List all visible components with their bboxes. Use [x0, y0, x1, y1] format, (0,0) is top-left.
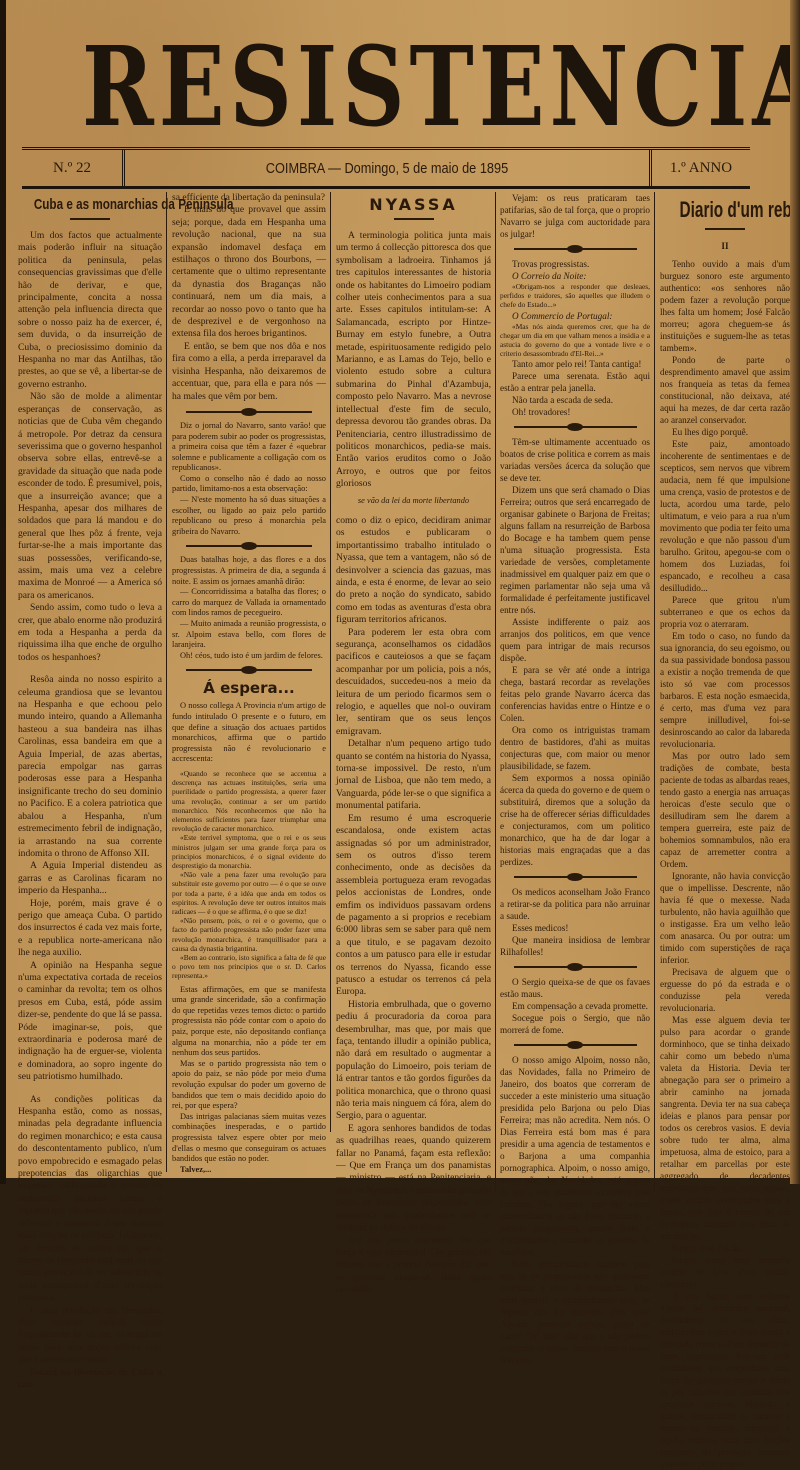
- column-rule: [654, 192, 655, 1184]
- paragraph: Estas affirmações, em que se manifesta u…: [172, 985, 326, 1059]
- page-fold-shadow: [790, 0, 800, 1184]
- dateline: COIMBRA — Domingo, 5 de maio de 1895: [164, 150, 609, 186]
- ornament-divider: [514, 1044, 637, 1046]
- paragraph: Os medicos aconselham João Franco a reti…: [500, 886, 650, 922]
- quote-paragraph: «Não vale a pena fazer uma revolução par…: [172, 870, 326, 916]
- paragraph: — N'este momento ha só duas situações a …: [172, 495, 326, 537]
- headline-diario: Diario d'um rebelde: [680, 196, 771, 224]
- column-cuba: Cuba e as monarchias da Peninsula Um dos…: [18, 192, 162, 1184]
- headline-rule: [70, 218, 110, 220]
- paragraph: Diz o jornal do Navarro, santo varão! qu…: [172, 421, 326, 474]
- paragraph: Em todo o caso, no fundo da sua ignoranc…: [660, 630, 790, 750]
- ornament-divider: [186, 411, 312, 413]
- paragraph: O Sergio queixa-se de que os favaes estã…: [500, 976, 650, 1000]
- paragraph: Esses medicos!: [500, 922, 650, 934]
- paragraph: Vejam: os reus praticaram taes patifaria…: [500, 192, 650, 240]
- newspaper-page: RESISTENCIA N.º 22 COIMBRA — Domingo, 5 …: [6, 0, 800, 1178]
- column-editorial: sa efficiente da libertação da peninsula…: [172, 192, 326, 1175]
- paragraph: Para poderem ler esta obra com segurança…: [336, 627, 491, 739]
- headline-rule: [394, 218, 434, 220]
- headline-espera: Á espera...: [172, 679, 326, 697]
- paragraph: Em compensação a cevada promette.: [500, 1000, 650, 1012]
- paragraph: Ignorante, não havia convicção que o imp…: [660, 870, 790, 966]
- column-rule: [166, 192, 167, 1172]
- ornament-divider: [514, 966, 637, 968]
- trovas-title: Trovas progressistas.: [500, 258, 650, 270]
- paragraph: Pondo de parte o desprendimento amavel q…: [660, 354, 790, 426]
- paragraph: E agora senhores bandidos de todas as qu…: [336, 1123, 491, 1184]
- paragraph: As condições politicas da Hespanha estão…: [18, 1094, 162, 1184]
- paragraph: Como o conselho não é dado ao nosso part…: [172, 474, 326, 495]
- paragraph: Dizem uns que será chamado o Dias Ferrei…: [500, 484, 650, 616]
- headline-cuba: Cuba e as monarchias da Peninsula: [34, 196, 146, 214]
- quote-paragraph: «Quando se reconhece que se accentua a d…: [172, 769, 326, 833]
- paragraph: — Concorridissima a batalha das flores; …: [172, 587, 326, 619]
- trovas-line: Parece uma serenata. Estão aqui estão a …: [500, 370, 650, 394]
- trovas-source: O Correio da Noite:: [500, 270, 650, 282]
- headline-rule: [705, 228, 745, 230]
- headline-nyassa: NYASSA: [336, 196, 491, 214]
- paragraph: Ora como os intriguistas tramam dentro d…: [500, 724, 650, 772]
- column-diario: Diario d'um rebelde II Tenho ouvido a ma…: [660, 192, 790, 1184]
- paragraph: Mas se o partido progressista não tem o …: [172, 1059, 326, 1112]
- paragraph: O nosso collega A Provincia n'um artigo …: [172, 701, 326, 765]
- verse-quote: se vão da lei da morte libertando: [336, 495, 491, 507]
- paragraph: Detalhar n'um pequeno artigo tudo quanto…: [336, 738, 491, 812]
- paragraph: Historia embrulhada, que o governo pediu…: [336, 999, 491, 1123]
- trovas-source: O Commercio de Portugal:: [500, 310, 650, 322]
- paragraph: Eu lhes digo porquê.: [660, 426, 790, 438]
- column-rule: [495, 192, 496, 1184]
- paragraph: A terminologia politica junta mais um te…: [336, 230, 491, 491]
- quote-paragraph: «Bem ao contrario, isto significa a falt…: [172, 953, 326, 981]
- trovas-quote: «Mas nós ainda queremos crer, que ha de …: [500, 322, 650, 359]
- paragraph: O nosso amigo Alpoim, nosso não, das Nov…: [500, 1054, 650, 1184]
- ornament-divider: [514, 876, 637, 878]
- paragraph: Precisava de alguem que o erguesse do pó…: [660, 966, 790, 1014]
- paragraph: Oh! céos, tudo isto é um jardim de felor…: [172, 651, 326, 662]
- paragraph: Hoje, porém, mais grave é o perigo que a…: [18, 898, 162, 960]
- paragraph: como o diz o epico, decidiram animar os …: [336, 515, 491, 627]
- dateline-bar: N.º 22 COIMBRA — Domingo, 5 de maio de 1…: [22, 147, 750, 189]
- paragraph: Um dos factos que actualmente mais poder…: [18, 230, 162, 391]
- paragraph: Este paiz, amontoado incoherente de sent…: [660, 438, 790, 594]
- paragraph: E para se vêr até onde a intriga chega, …: [500, 664, 650, 724]
- issue-number: N.º 22: [22, 150, 125, 186]
- paragraph: Duas batalhas hoje, a das flores e a dos…: [172, 555, 326, 587]
- trovas-quote: «Obrigam-nos a responder que desleaes, p…: [500, 282, 650, 310]
- trovas-line: Tanto amor pelo rei! Tanta cantiga!: [500, 358, 650, 370]
- quote-paragraph: «Não pensem, pois, o rei e o governo, qu…: [172, 916, 326, 953]
- paragraph: Têm-se ultimamente accentuado os boatos …: [500, 436, 650, 484]
- paragraph: Resôa ainda no nosso espirito a celeuma …: [18, 674, 162, 860]
- paragraph: Mas esse alguem devia ter pulso para aco…: [660, 1014, 790, 1184]
- paragraph: Sem expormos a nossa opinião ácerca da q…: [500, 772, 650, 868]
- paragraph: Talvez,...: [172, 1165, 326, 1176]
- paragraph: Socegue pois o Sergio, que não morrerá d…: [500, 1012, 650, 1036]
- paragraph: E então, se bem que nos dôa e nos fira c…: [172, 341, 326, 403]
- paragraph: É mais do que provavel que assim seja; p…: [172, 204, 326, 340]
- paragraph: Mas por outro lado sem tradições de comb…: [660, 750, 790, 870]
- ornament-divider: [186, 545, 312, 547]
- paragraph: Sendo assim, como tudo o leva a crer, qu…: [18, 602, 162, 664]
- newspaper-title: RESISTENCIA: [82, 29, 800, 145]
- paragraph: Parece que gritou n'um subterraneo e que…: [660, 594, 790, 630]
- trovas-line: Oh! trovadores!: [500, 406, 650, 418]
- paragraph: Que maneira insidiosa de lembrar Rilhafo…: [500, 934, 650, 958]
- paragraph: A Aguia Imperial distendeu as garras e a…: [18, 860, 162, 897]
- paragraph: A opinião na Hespanha segue n'uma expect…: [18, 960, 162, 1084]
- paragraph: Assiste indifferente o paiz aos arranjos…: [500, 616, 650, 664]
- trovas-line: Não tarda a escada de seda.: [500, 394, 650, 406]
- paragraph: Das intrigas palacianas sáem muitas veze…: [172, 1112, 326, 1165]
- ornament-divider: [514, 248, 637, 250]
- part-number: II: [660, 240, 790, 252]
- masthead: RESISTENCIA: [6, 32, 800, 142]
- paragraph: sa efficiente da libertação da peninsula…: [172, 192, 326, 204]
- paragraph: — Muito animada a reunião progressista, …: [172, 619, 326, 651]
- paragraph: Em resumo é uma escroquerie escandalosa,…: [336, 813, 491, 999]
- ornament-divider: [514, 426, 637, 428]
- volume-year: 1.º ANNO: [649, 150, 750, 186]
- quote-paragraph: «Este terrivel symptoma, que o rei e os …: [172, 833, 326, 870]
- ornament-divider: [186, 669, 312, 671]
- paragraph: Tenho ouvido a mais d'um burguez sonoro …: [660, 258, 790, 354]
- column-notes: Vejam: os reus praticaram taes patifaria…: [500, 192, 650, 1184]
- paragraph: Não são de molde a alimentar esperanças …: [18, 391, 162, 602]
- column-rule: [330, 192, 331, 1132]
- column-nyassa: NYASSA A terminologia politica junta mai…: [336, 192, 491, 1184]
